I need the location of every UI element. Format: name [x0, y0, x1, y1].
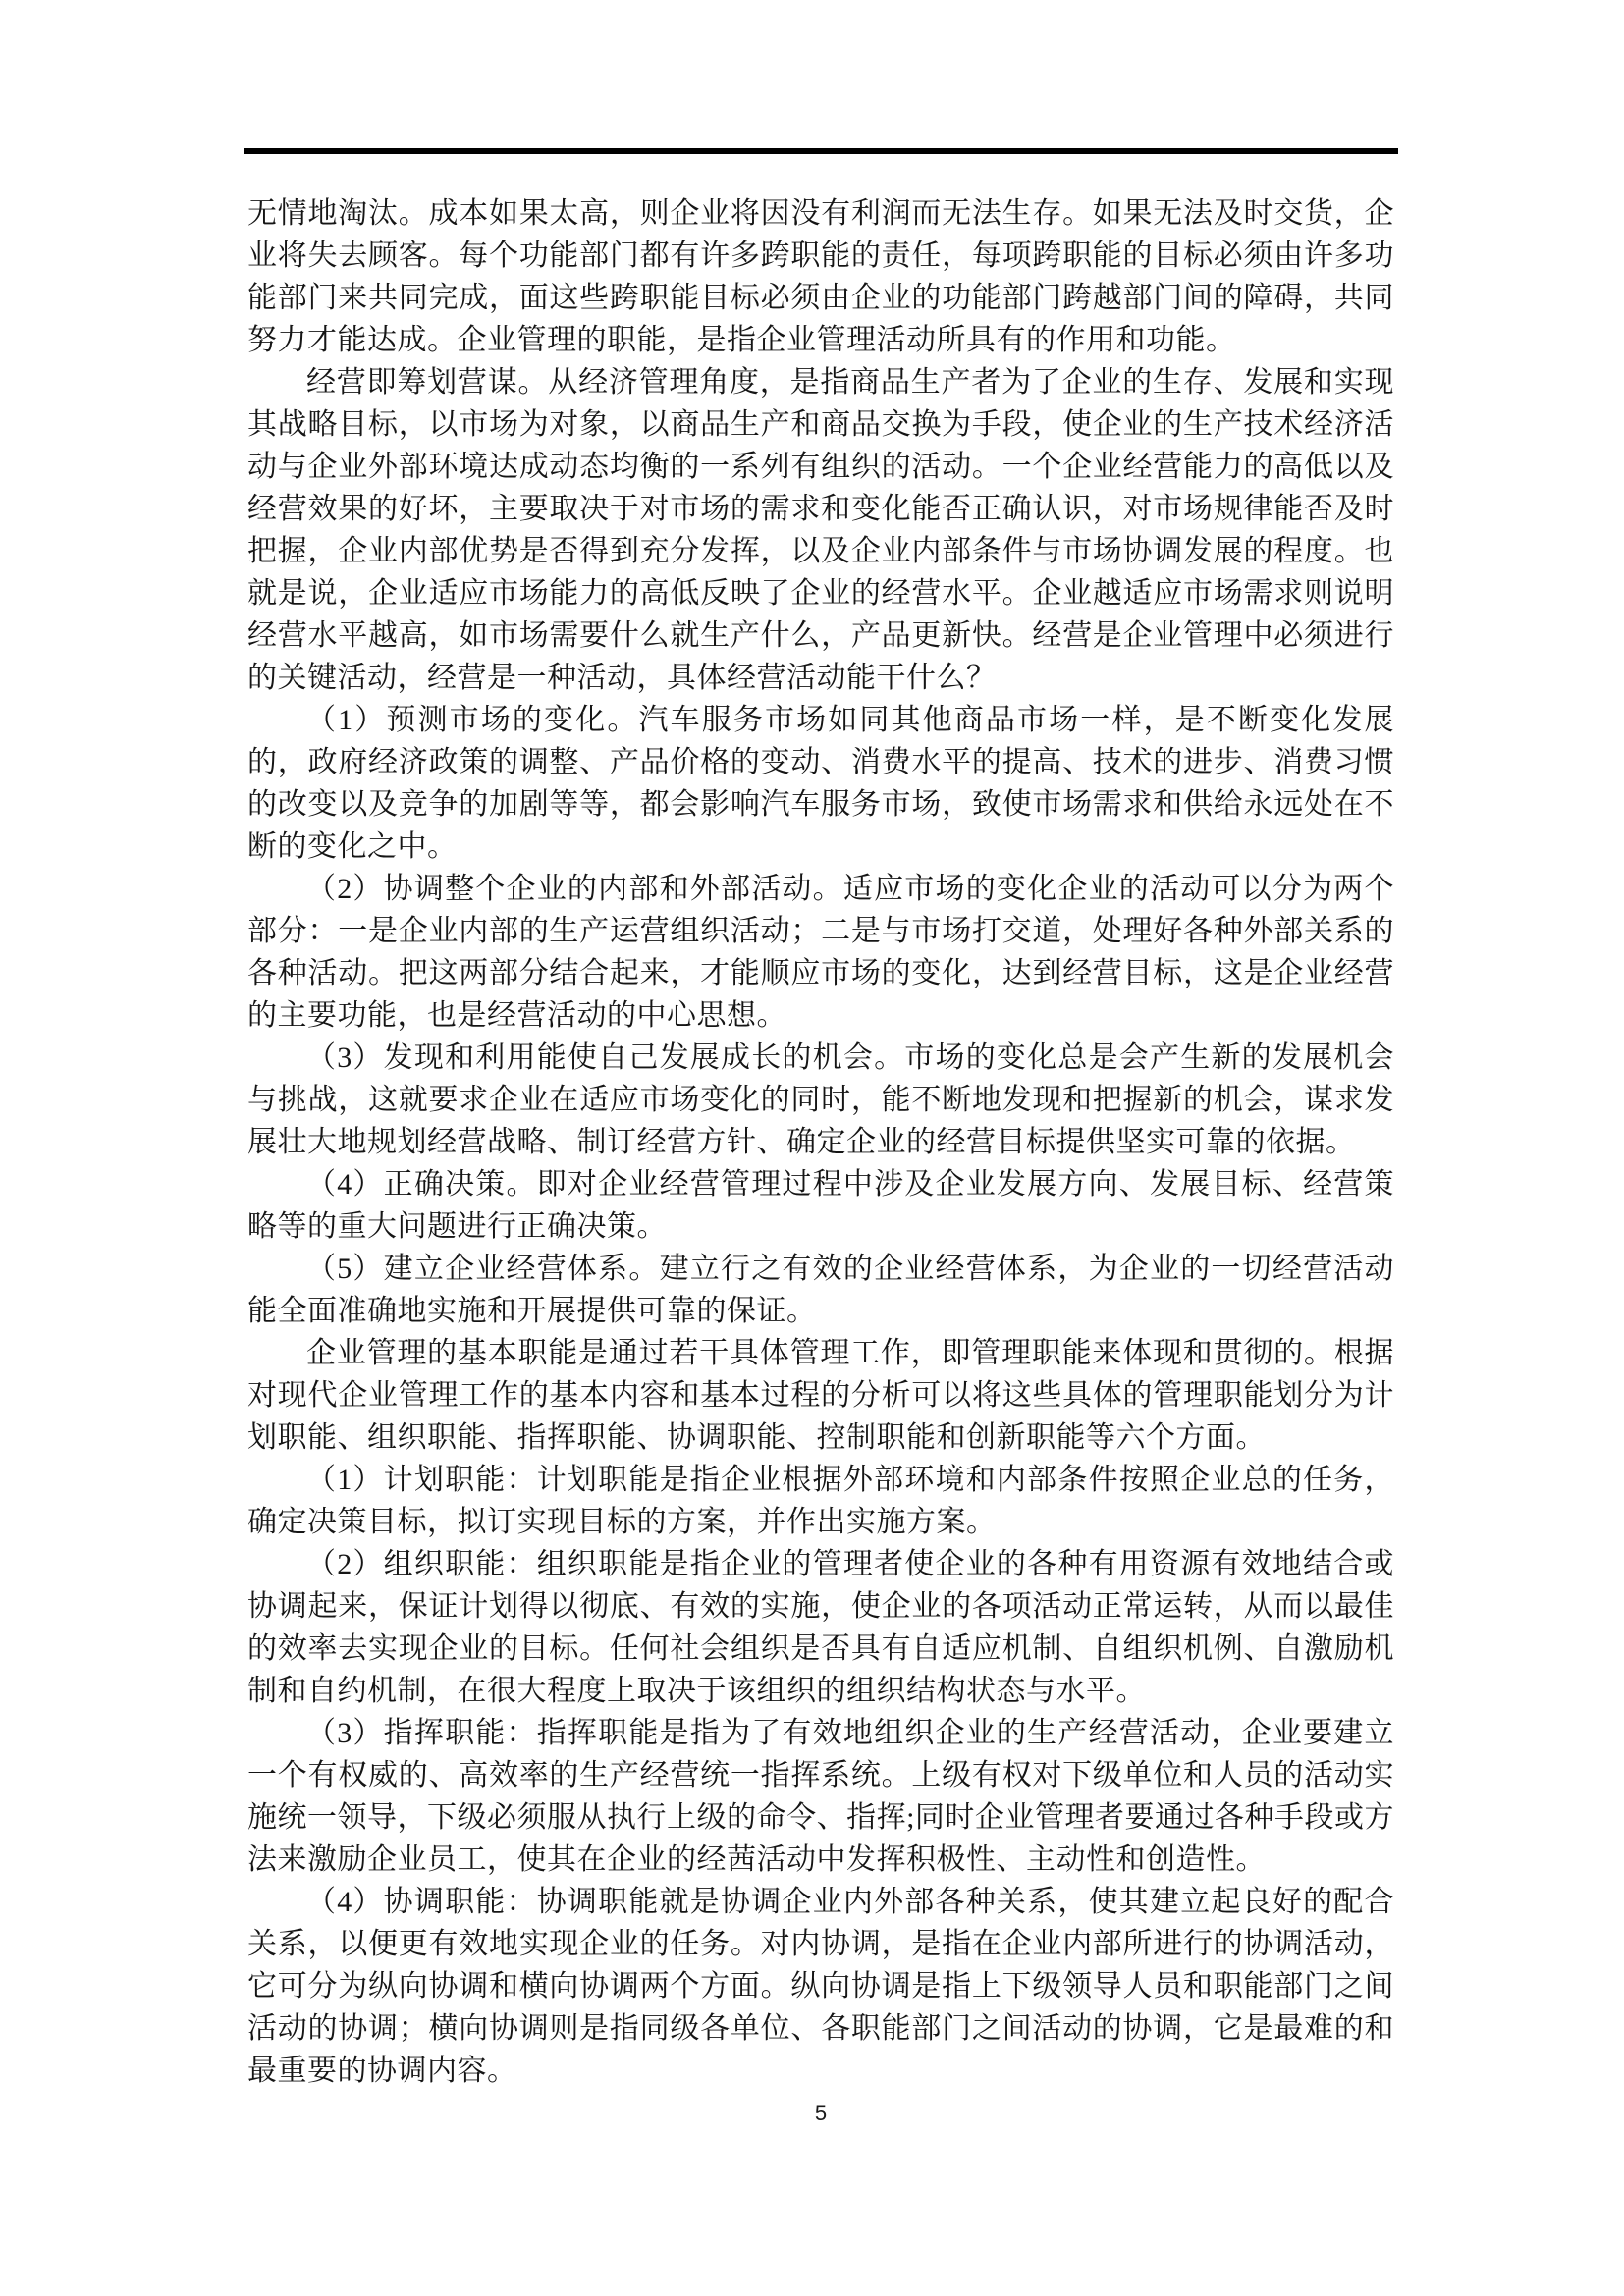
document-page: 无情地淘汰。成本如果太高，则企业将因没有利润而无法生存。如果无法及时交货，企业将…: [0, 0, 1624, 2296]
header-rule: [244, 148, 1398, 154]
body-paragraph: （3）指挥职能：指挥职能是指为了有效地组织企业的生产经营活动，企业要建立一个有权…: [247, 1712, 1394, 1881]
body-paragraph: 无情地淘汰。成本如果太高，则企业将因没有利润而无法生存。如果无法及时交货，企业将…: [247, 192, 1394, 361]
page-number: 5: [247, 2101, 1394, 2126]
document-body: 无情地淘汰。成本如果太高，则企业将因没有利润而无法生存。如果无法及时交货，企业将…: [247, 192, 1394, 2092]
body-paragraph: （4）协调职能：协调职能就是协调企业内外部各种关系，使其建立起良好的配合关系，以…: [247, 1881, 1394, 2092]
body-paragraph: （1）计划职能：计划职能是指企业根据外部环境和内部条件按照企业总的任务，确定决策…: [247, 1459, 1394, 1543]
body-paragraph: （3）发现和利用能使自己发展成长的机会。市场的变化总是会产生新的发展机会与挑战，…: [247, 1037, 1394, 1163]
body-paragraph: （2）协调整个企业的内部和外部活动。适应市场的变化企业的活动可以分为两个部分：一…: [247, 868, 1394, 1037]
body-paragraph: （2）组织职能：组织职能是指企业的管理者使企业的各种有用资源有效地结合或协调起来…: [247, 1543, 1394, 1712]
body-paragraph: （5）建立企业经营体系。建立行之有效的企业经营体系，为企业的一切经营活动能全面准…: [247, 1248, 1394, 1332]
body-paragraph: （4）正确决策。即对企业经营管理过程中涉及企业发展方向、发展目标、经营策略等的重…: [247, 1163, 1394, 1248]
body-paragraph: （1）预测市场的变化。汽车服务市场如同其他商品市场一样，是不断变化发展的，政府经…: [247, 699, 1394, 868]
body-paragraph: 经营即筹划营谋。从经济管理角度，是指商品生产者为了企业的生存、发展和实现其战略目…: [247, 361, 1394, 699]
body-paragraph: 企业管理的基本职能是通过若干具体管理工作，即管理职能来体现和贯彻的。根据对现代企…: [247, 1332, 1394, 1459]
